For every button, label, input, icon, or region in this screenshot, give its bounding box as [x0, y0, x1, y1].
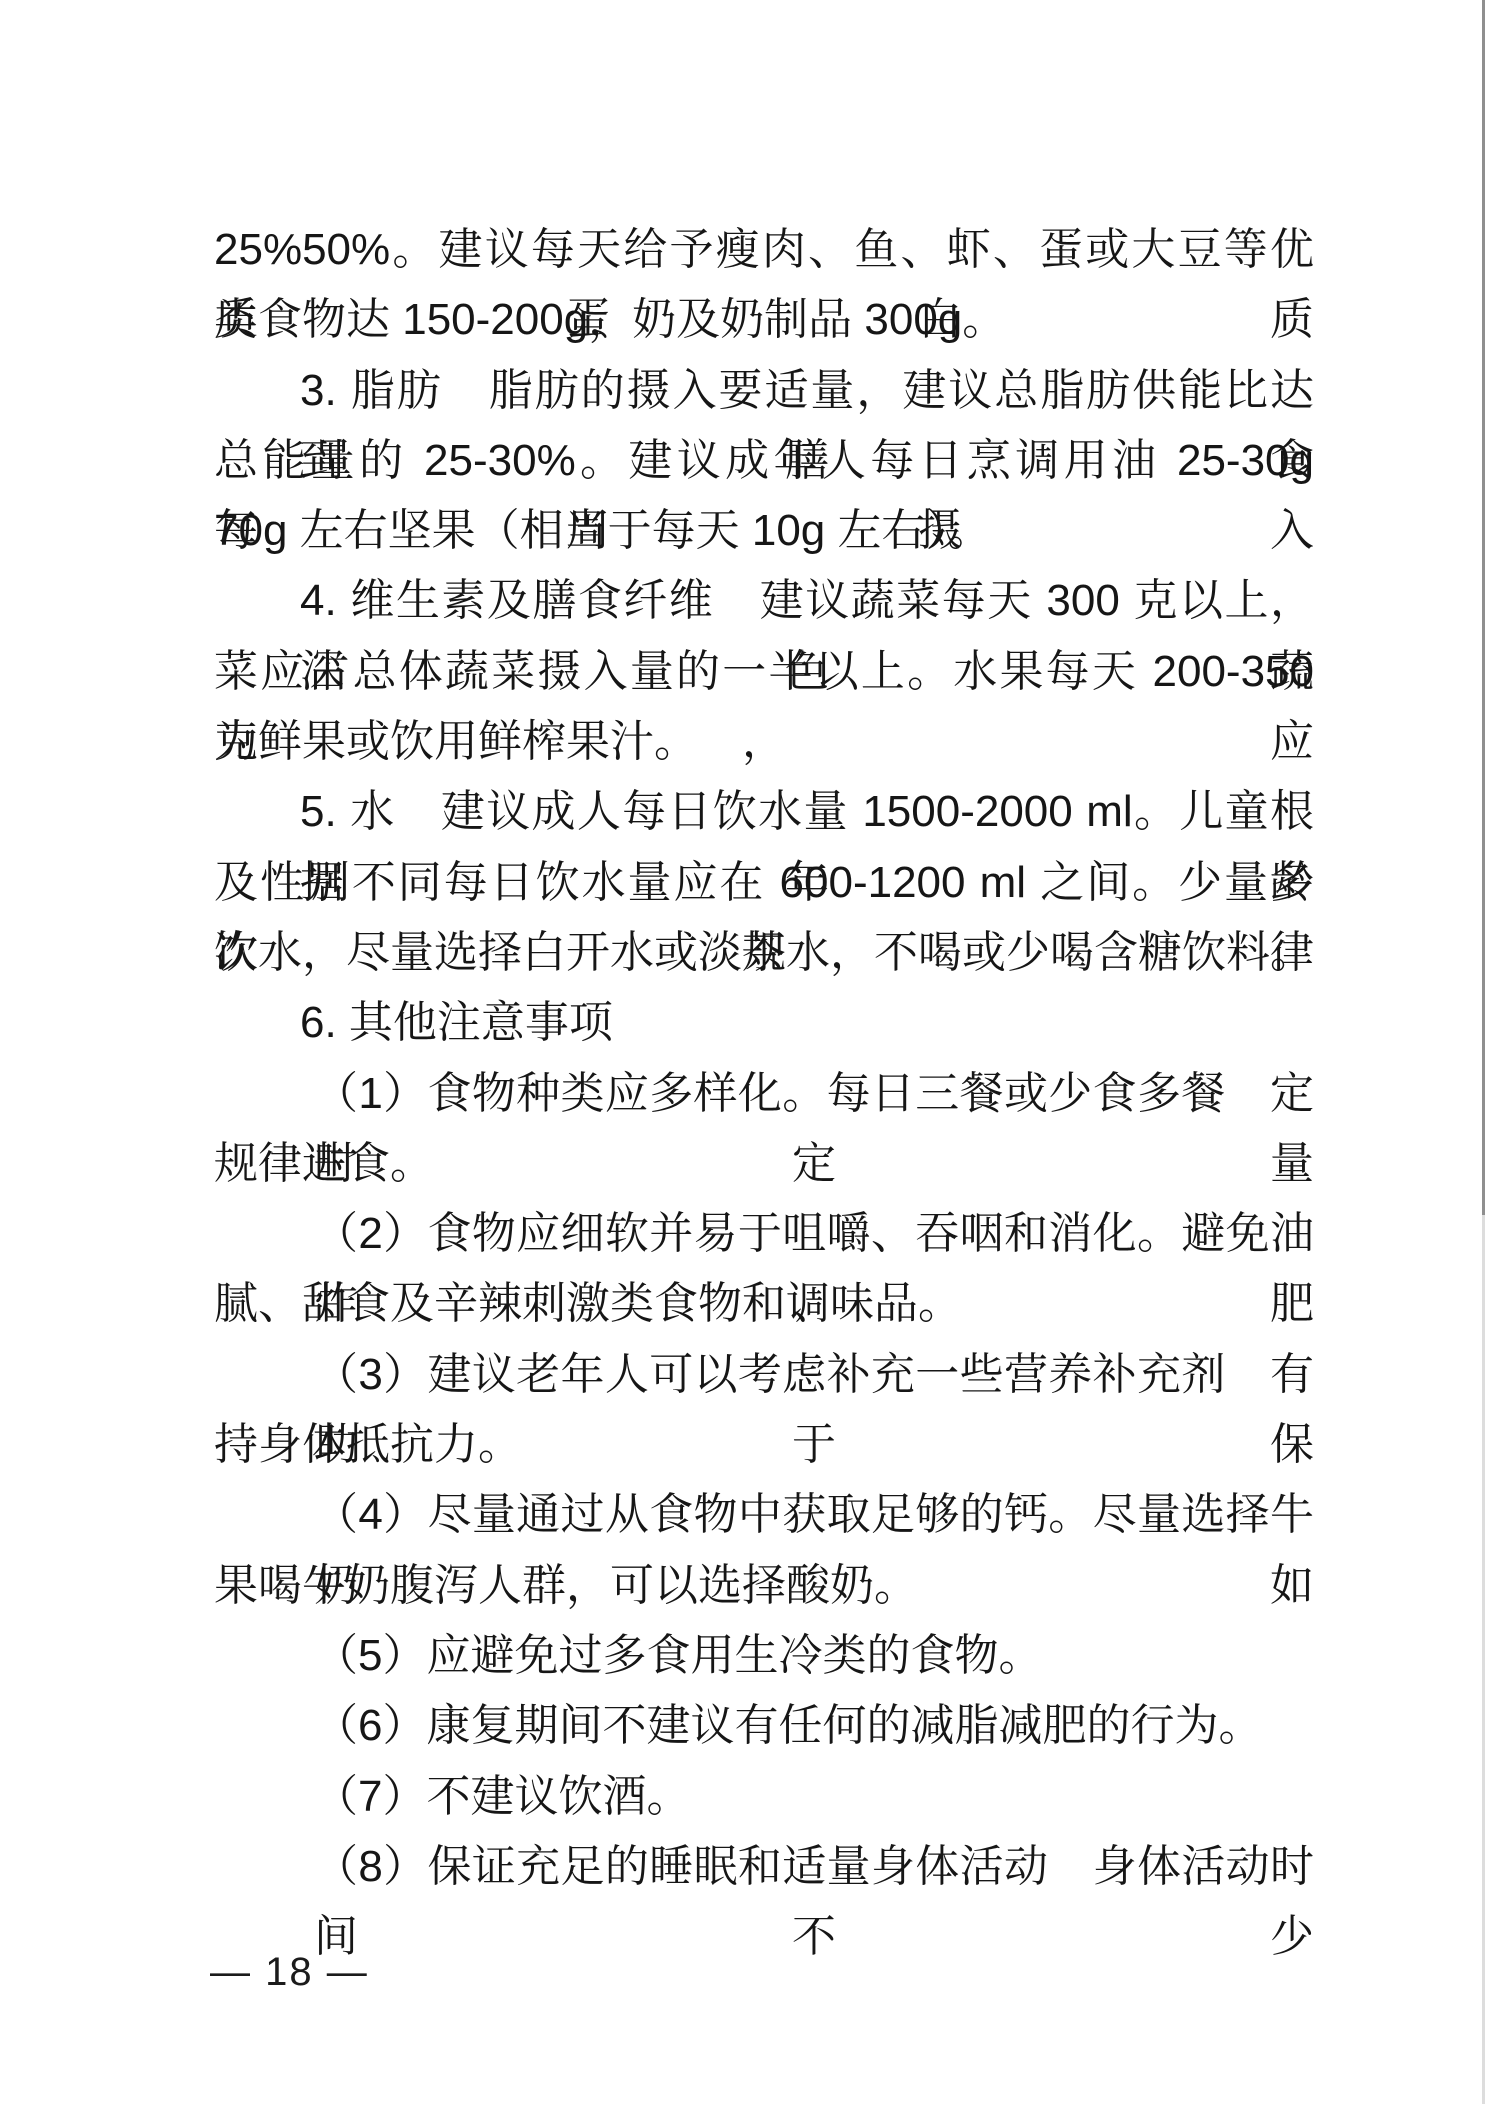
text-line: （4）尽量通过从食物中获取足够的钙。尽量选择牛奶 如	[214, 1480, 1314, 1550]
text-line: （3）建议老年人可以考虑补充一些营养补充剂 有助于保	[214, 1340, 1314, 1410]
text-line: 25%50%。建议每天给予瘦肉、鱼、虾、蛋或大豆等优质蛋白质	[214, 215, 1314, 285]
text-line: （1）食物种类应多样化。每日三餐或少食多餐 定时定量	[214, 1059, 1314, 1129]
body-text: 25%50%。建议每天给予瘦肉、鱼、虾、蛋或大豆等优质蛋白质类食物达 150-2…	[214, 215, 1314, 1902]
text-line: 总能量的 25-30%。建议成年人每日烹调用油 25-30g 每周摄入	[214, 426, 1314, 496]
text-line: （8）保证充足的睡眠和适量身体活动 身体活动时间不少	[214, 1832, 1314, 1902]
text-line: （5）应避免过多食用生冷类的食物。	[214, 1621, 1314, 1691]
text-line: （6）康复期间不建议有任何的减脂减肥的行为。	[214, 1691, 1314, 1761]
scan-edge-artifact-top	[1482, 0, 1485, 1215]
text-line: 3. 脂肪 脂肪的摄入要适量，建议总脂肪供能比达到膳食	[214, 356, 1314, 426]
text-line: 5. 水 建议成人每日饮水量 1500-2000 ml。儿童根据年龄	[214, 777, 1314, 847]
scan-edge-artifact-bottom	[1482, 1215, 1485, 2104]
page-number: — 18 —	[210, 1950, 369, 1995]
text-line: 6. 其他注意事项	[214, 988, 1314, 1058]
text-line: 4. 维生素及膳食纤维 建议蔬菜每天 300 克以上，深色蔬	[214, 566, 1314, 636]
text-line: （7）不建议饮酒。	[214, 1762, 1314, 1832]
text-line: 及性别不同每日饮水量应在 600-1200 ml 之间。少量多次规律	[214, 848, 1314, 918]
text-line: 饮水，尽量选择白开水或淡茶水，不喝或少喝含糖饮料。	[214, 918, 1314, 988]
text-line: 菜应占总体蔬菜摄入量的一半以上。水果每天 200-350 克，应	[214, 637, 1314, 707]
document-page: 25%50%。建议每天给予瘦肉、鱼、虾、蛋或大豆等优质蛋白质类食物达 150-2…	[0, 0, 1488, 2104]
text-line: （2）食物应细软并易于咀嚼、吞咽和消化。避免油炸、肥	[214, 1199, 1314, 1269]
